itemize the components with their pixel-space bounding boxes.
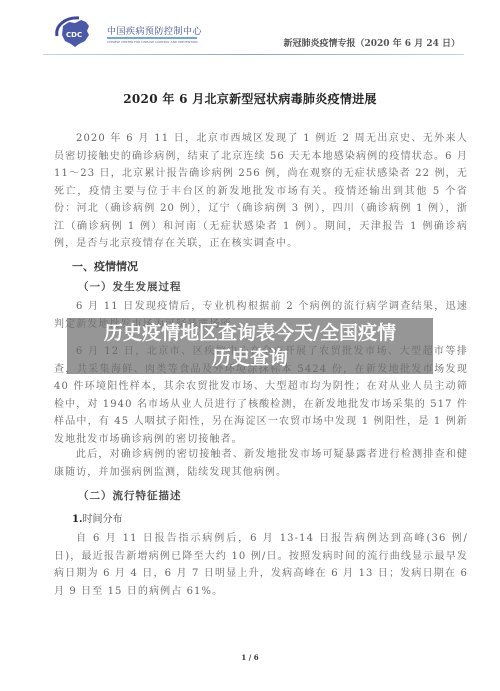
org-name-cn: 中国疾病预防控制中心 — [107, 24, 202, 37]
header-divider — [43, 54, 464, 55]
overlay-line-1: 历史疫情地区查询表今天/全国疫情 — [67, 321, 433, 346]
overlay-title: 历史疫情地区查询表今天/全国疫情 历史查询 — [67, 321, 433, 371]
intro-paragraph: 2020 年 6 月 11 日，北京市西城区发现了 1 例近 2 周无出京史、无… — [54, 130, 468, 253]
page-indicator: 1 / 6 — [0, 653, 500, 662]
cdc-logo: CDC 中国疾病预防控制中心 CHINESE CENTER FOR DISEAS… — [53, 14, 135, 52]
title-overlay-banner: 历史疫情地区查询表今天/全国疫情 历史查询 — [67, 318, 433, 374]
section-heading-epidemic: 一、疫情情况 — [72, 258, 138, 274]
item-number: 1. — [72, 514, 82, 525]
svg-text:CDC: CDC — [66, 31, 82, 39]
subsection-heading-development: （一）发生发展过程 — [78, 279, 182, 294]
paragraph-time-distribution: 自 6 月 11 日报告指示病例后，6 月 13-14 日报告病例达到高峰(36… — [54, 530, 468, 600]
org-name-en: CHINESE CENTER FOR DISEASE CONTROL AND P… — [107, 40, 198, 44]
document-page: CDC 中国疾病预防控制中心 CHINESE CENTER FOR DISEAS… — [0, 0, 500, 691]
china-cdc-emblem-icon: CDC — [53, 14, 93, 50]
document-title: 2020 年 6 月北京新型冠状病毒肺炎疫情进展 — [0, 90, 500, 107]
document-header: CDC 中国疾病预防控制中心 CHINESE CENTER FOR DISEAS… — [43, 12, 465, 56]
paragraph-follow-up: 此后，对确诊病例的密切接触者、新发地批发市场可疑暴露者进行检测排查和健康随访，并… — [54, 446, 468, 481]
logo-underline — [107, 37, 197, 39]
bulletin-title: 新冠肺炎疫情专报（2020 年 6 月 24 日） — [283, 36, 460, 49]
subsection-heading-characteristics: （二）流行特征描述 — [78, 488, 182, 503]
item-label: 时间分布 — [82, 514, 122, 525]
overlay-line-2: 历史查询 — [67, 346, 433, 371]
item-heading-time-distribution: 1.时间分布 — [72, 510, 122, 525]
